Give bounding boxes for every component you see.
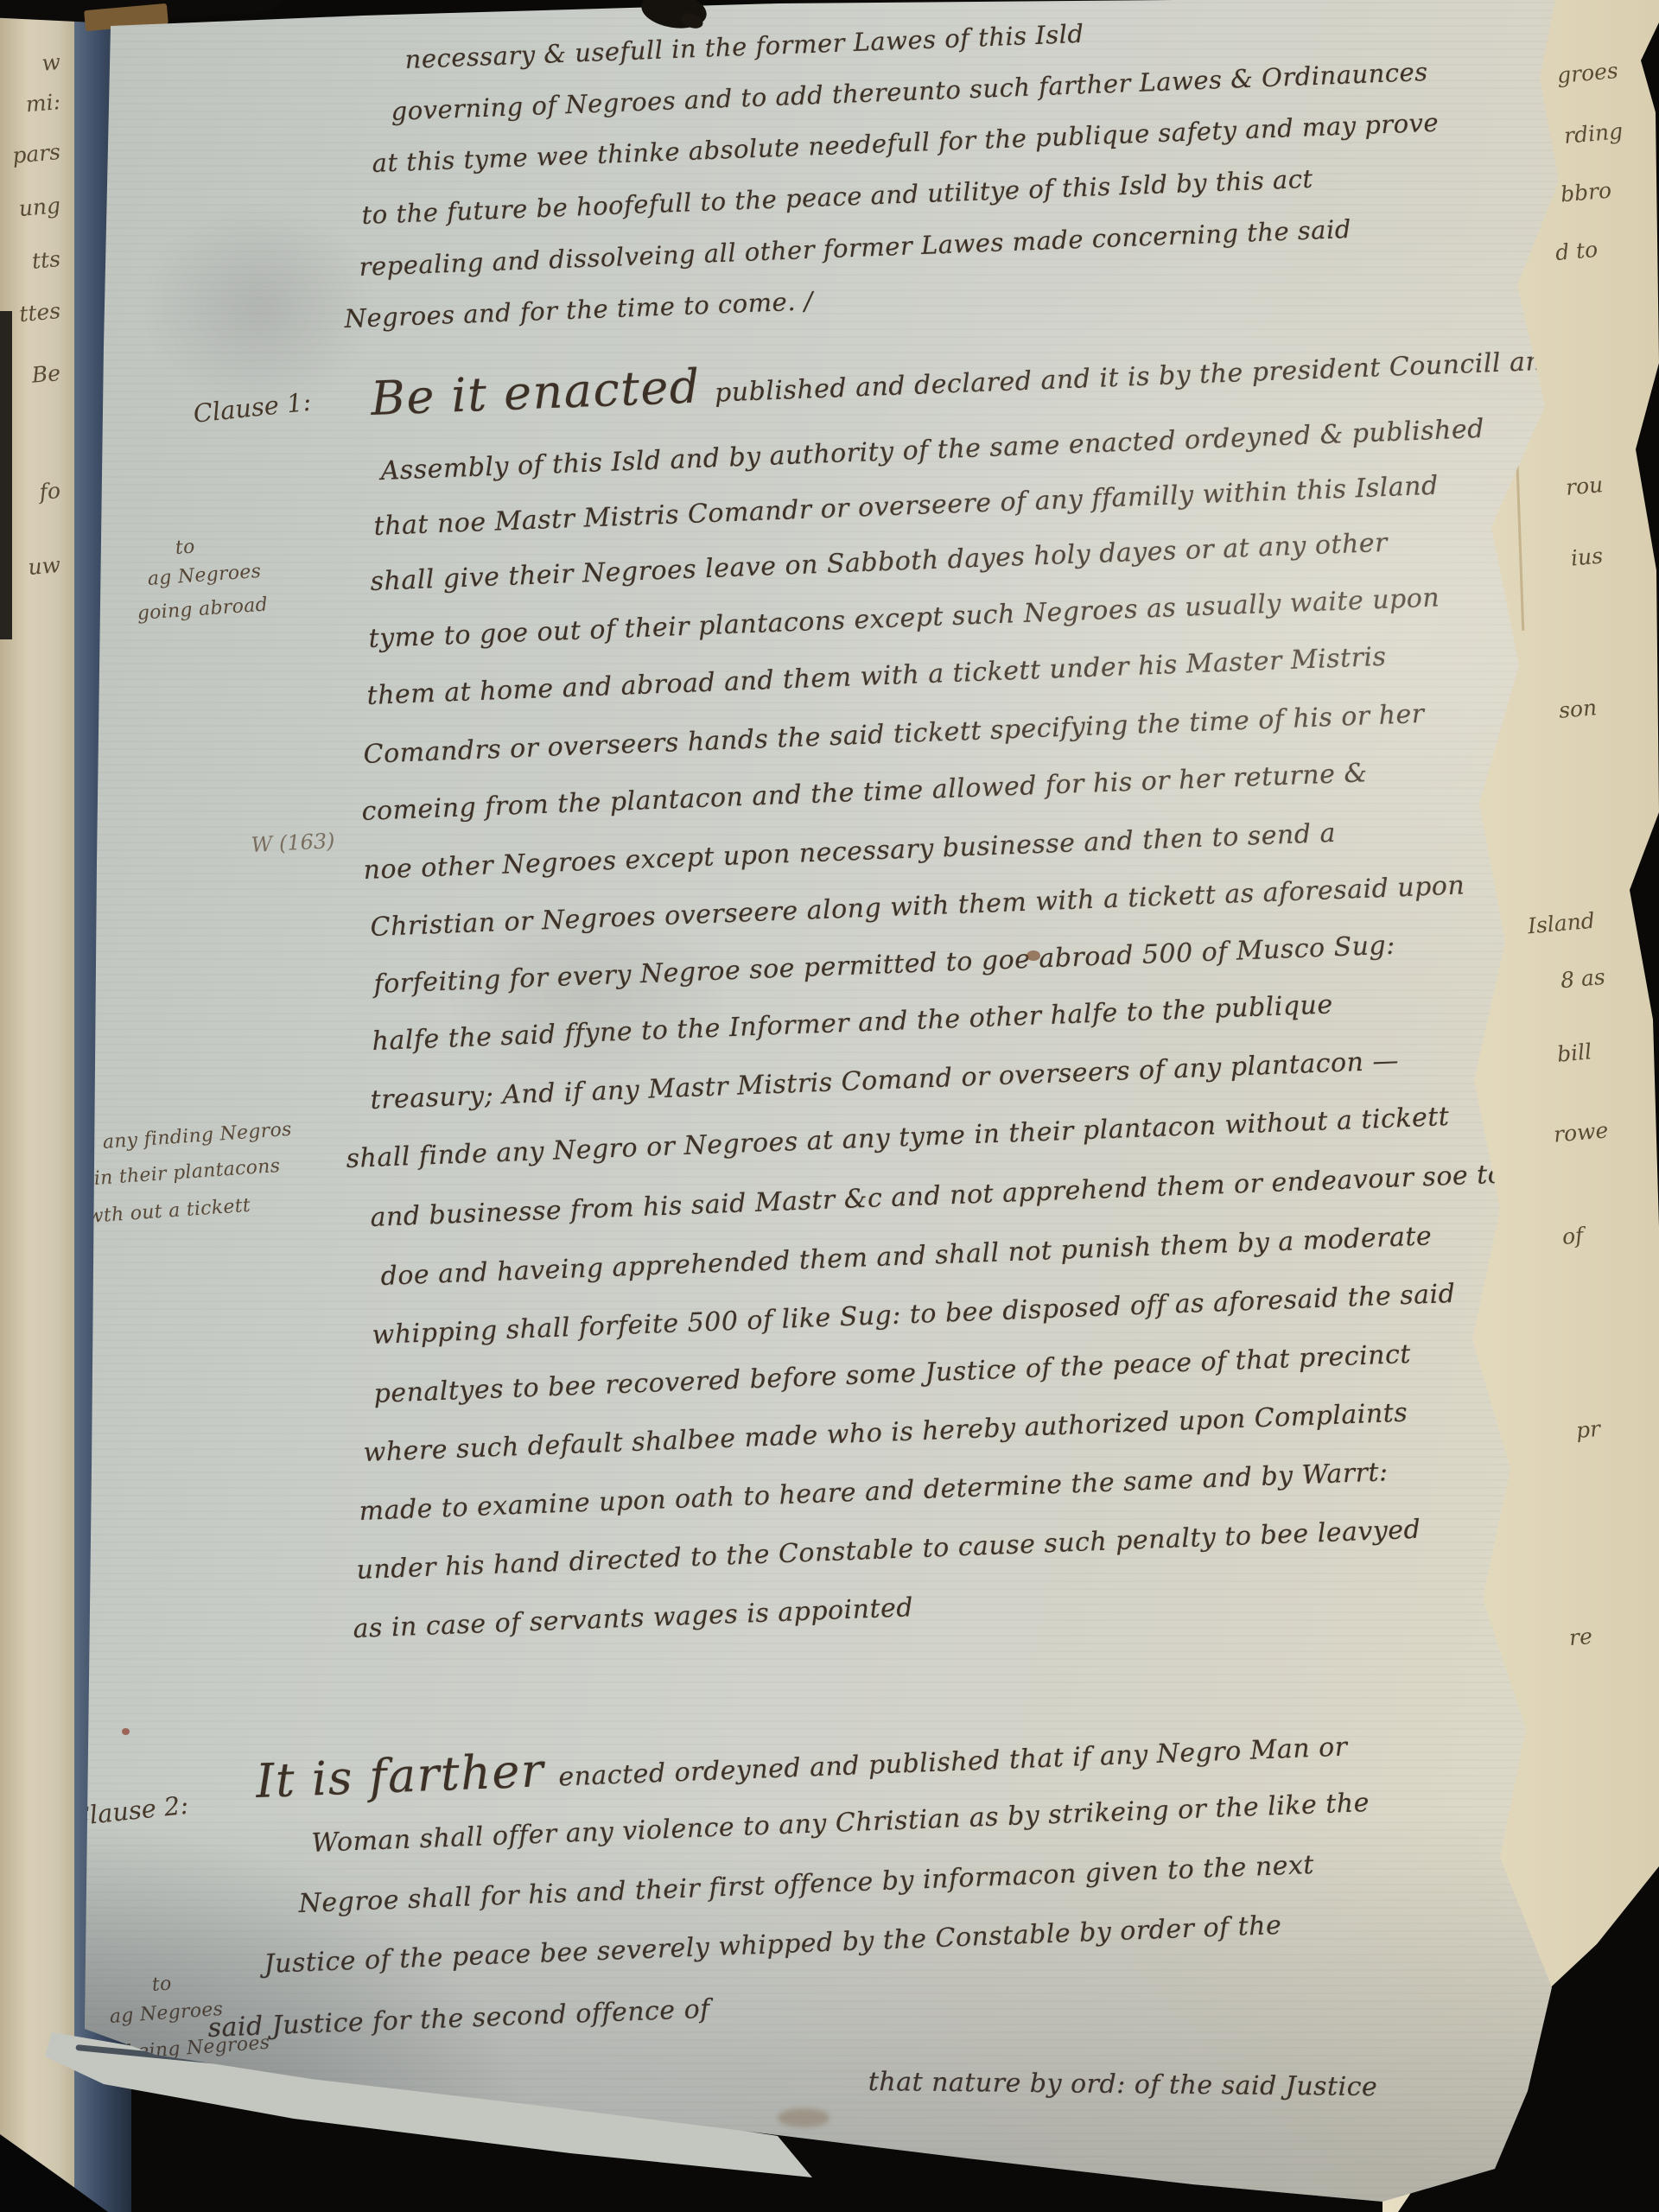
manuscript-line: made to examine upon oath to heare and d… — [359, 1457, 1389, 1527]
under-page-text-fragment: pr — [1575, 1416, 1601, 1443]
under-page-text-fragment: rding — [1563, 118, 1624, 149]
facing-page-text-fragment: w — [0, 49, 61, 79]
manuscript-line: noe other Negroes except upon necessary … — [363, 818, 1337, 886]
manuscript-line-text: enacted ordeyned and published that if a… — [558, 1732, 1348, 1792]
pencil-reference-note: W (163) — [251, 829, 335, 857]
under-page-text-fragment: ius — [1570, 543, 1604, 570]
under-page-text-fragment: rowe — [1553, 1117, 1609, 1147]
manuscript-line: whipping shall forfeite 500 of like Sug:… — [372, 1279, 1456, 1351]
under-page-text-fragment: bbro — [1560, 177, 1612, 207]
facing-page-text-fragment: mi: — [0, 89, 61, 119]
under-page-text-fragment: 8 as — [1560, 964, 1606, 993]
margin-note-finding-negros: in their plantacons — [93, 1155, 281, 1190]
margin-note-strikeing: to — [151, 1973, 172, 1996]
manuscript-line: and businesse from his said Mastr &c and… — [370, 1160, 1504, 1233]
manuscript-page: 2 7 necessary & usefull in the former La… — [0, 0, 1659, 2212]
manuscript-line: under his hand directed to the Constable… — [356, 1515, 1421, 1586]
ink-stain — [122, 1728, 130, 1735]
manuscript-line: Negroes and for the time to come. / — [344, 286, 814, 334]
manuscript-line: them at home and abroad and them with a … — [366, 642, 1387, 711]
manuscript-line: repealing and dissolveing all other form… — [359, 214, 1351, 282]
manuscript-line: Negroe shall for his and their first off… — [298, 1850, 1315, 1919]
manuscript-line: doe and haveing apprehended them and sha… — [380, 1221, 1433, 1292]
under-page-text-fragment: rou — [1565, 472, 1604, 500]
manuscript-line: shall give their Negroes leave on Sabbot… — [370, 528, 1389, 597]
under-page-text-fragment: Island — [1527, 908, 1596, 939]
manuscript-line: where such default shalbee made who is h… — [363, 1398, 1408, 1468]
enacting-opener: It is farther — [255, 1743, 545, 1808]
margin-note-finding-negros: any finding Negros — [102, 1119, 292, 1154]
paper-stain — [778, 2108, 829, 2127]
manuscript-line: Be it enactedpublished and declared and … — [370, 326, 1560, 426]
margin-note-going-abroad: to — [175, 536, 195, 559]
manuscript-line: necessary & usefull in the former Lawes … — [404, 19, 1084, 74]
under-page-text-fragment: of — [1561, 1223, 1585, 1249]
facing-page-text-fragment: ung — [0, 193, 61, 223]
under-page-text-fragment: re — [1568, 1624, 1593, 1650]
ink-showthrough-smudge — [147, 207, 372, 406]
under-page-text-fragment: groes — [1556, 58, 1619, 88]
manuscript-line: penaltyes to bee recovered before some J… — [373, 1339, 1411, 1409]
under-page-text-fragment: bill — [1556, 1039, 1592, 1066]
under-page-text-fragment: d to — [1554, 237, 1599, 265]
facing-page-text-fragment: pars — [0, 139, 61, 169]
manuscript-line: shall finde any Negro or Negroes at any … — [346, 1102, 1450, 1174]
manuscript-line: comeing from the plantacon and the time … — [361, 758, 1368, 827]
margin-note-going-abroad: going abroad — [137, 594, 269, 624]
manuscript-line: tyme to goe out of their plantacons exce… — [368, 582, 1440, 654]
margin-note-strikeing: ag Negroes — [109, 1999, 224, 2028]
manuscript-line: Christian or Negroes overseere along wit… — [370, 870, 1465, 943]
ink-stain — [1027, 950, 1040, 961]
manuscript-line-text: published and declared and it is by the … — [714, 346, 1560, 409]
enacting-opener: Be it enacted — [370, 359, 702, 426]
under-page-text-fragment: son — [1558, 695, 1598, 723]
facing-page-text-fragment: tts — [0, 246, 61, 276]
manuscript-photo: w mi: pars ung tts ttes Be fo uw groes r… — [0, 0, 1659, 2212]
manuscript-line: as in case of servants wages is appointe… — [353, 1592, 914, 1644]
facing-page-edge: w mi: pars ung tts ttes Be fo uw — [0, 12, 83, 2212]
manuscript-line: that nature by ord: of the said Justice — [868, 2067, 1378, 2102]
margin-note-going-abroad: ag Negroes — [147, 561, 262, 590]
manuscript-line: said Justice for the second offence of — [207, 1994, 710, 2044]
manuscript-line: to the future be hoofefull to the peace … — [361, 164, 1313, 230]
margin-note-finding-negros: wth out a tickett — [86, 1195, 251, 1228]
manuscript-line: Justice of the peace bee severely whippe… — [264, 1910, 1282, 1980]
manuscript-line: Comandrs or overseers hands the said tic… — [363, 699, 1425, 770]
shadow-sliver — [0, 311, 12, 639]
